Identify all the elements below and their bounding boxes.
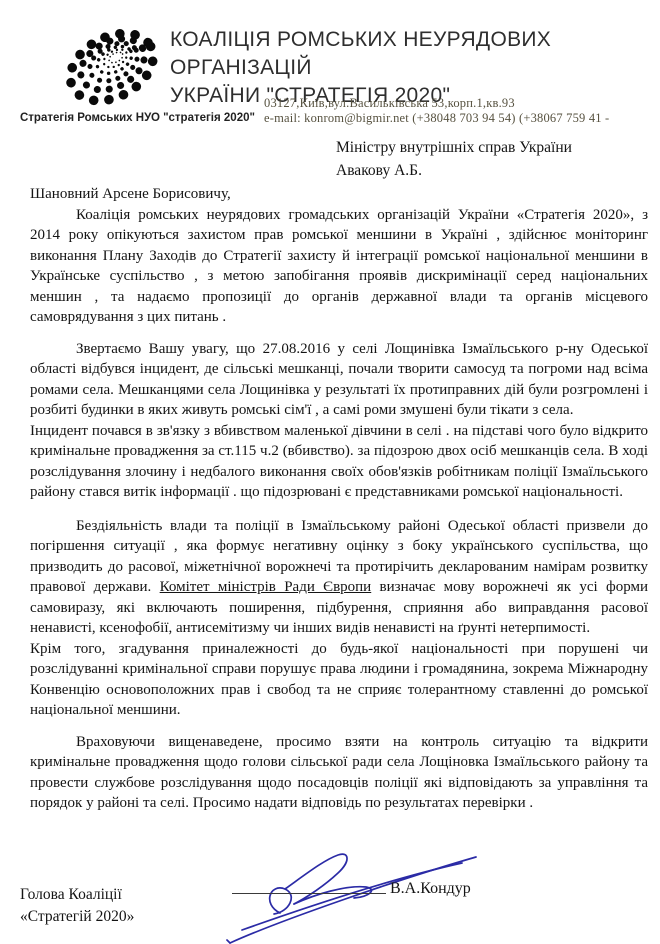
org-address-line: 03127,Київ,вул.Васильківська 53,корп.1,к… bbox=[264, 96, 660, 111]
signer-role-line1: Голова Коаліції bbox=[20, 884, 220, 906]
org-contact-line: e-mail: konrom@bigmir.net (+38048 703 94… bbox=[264, 111, 660, 126]
letter-body: Шановний Арсене Борисовичу, Коаліція ром… bbox=[30, 184, 648, 814]
signer-role-line2: «Стратегій 2020» bbox=[20, 906, 220, 928]
paragraph-incident-details: Інцидент почався в зв'язку з вбивством м… bbox=[30, 421, 648, 503]
org-address-block: 03127,Київ,вул.Васильківська 53,корп.1,к… bbox=[264, 96, 660, 126]
paragraph-request: Враховуючи вищенаведене, просимо взяти н… bbox=[30, 732, 648, 814]
recipient-name: Авакову А.Б. bbox=[336, 159, 656, 182]
signature-line bbox=[232, 893, 386, 894]
org-logo-icon bbox=[52, 10, 174, 116]
paragraph-intro: Коаліція ромських неурядових громадських… bbox=[30, 205, 648, 328]
paragraph-rights: Крім того, згадування приналежності до б… bbox=[30, 639, 648, 721]
recipient-title: Міністру внутрішніх справ України bbox=[336, 136, 656, 159]
signer-role-block: Голова Коаліції «Стратегій 2020» bbox=[20, 884, 220, 928]
paragraph-inaction-underlined: Комітет міністрів Ради Європи bbox=[160, 579, 372, 595]
org-title-line1: КОАЛІЦІЯ РОМСЬКИХ НЕУРЯДОВИХ ОРГАНІЗАЦІЙ bbox=[170, 26, 656, 82]
recipient-block: Міністру внутрішніх справ України Аваков… bbox=[336, 136, 656, 182]
paragraph-incident: Звертаємо Вашу увагу, що 27.08.2016 у се… bbox=[30, 339, 648, 421]
signer-name: В.А.Кондур bbox=[390, 880, 471, 898]
org-tagline: Стратегія Ромських НУО "стратегія 2020" bbox=[20, 112, 270, 124]
paragraph-inaction: Бездіяльність влади та поліції в Ізмаїль… bbox=[30, 516, 648, 639]
salutation: Шановний Арсене Борисовичу, bbox=[30, 184, 648, 205]
